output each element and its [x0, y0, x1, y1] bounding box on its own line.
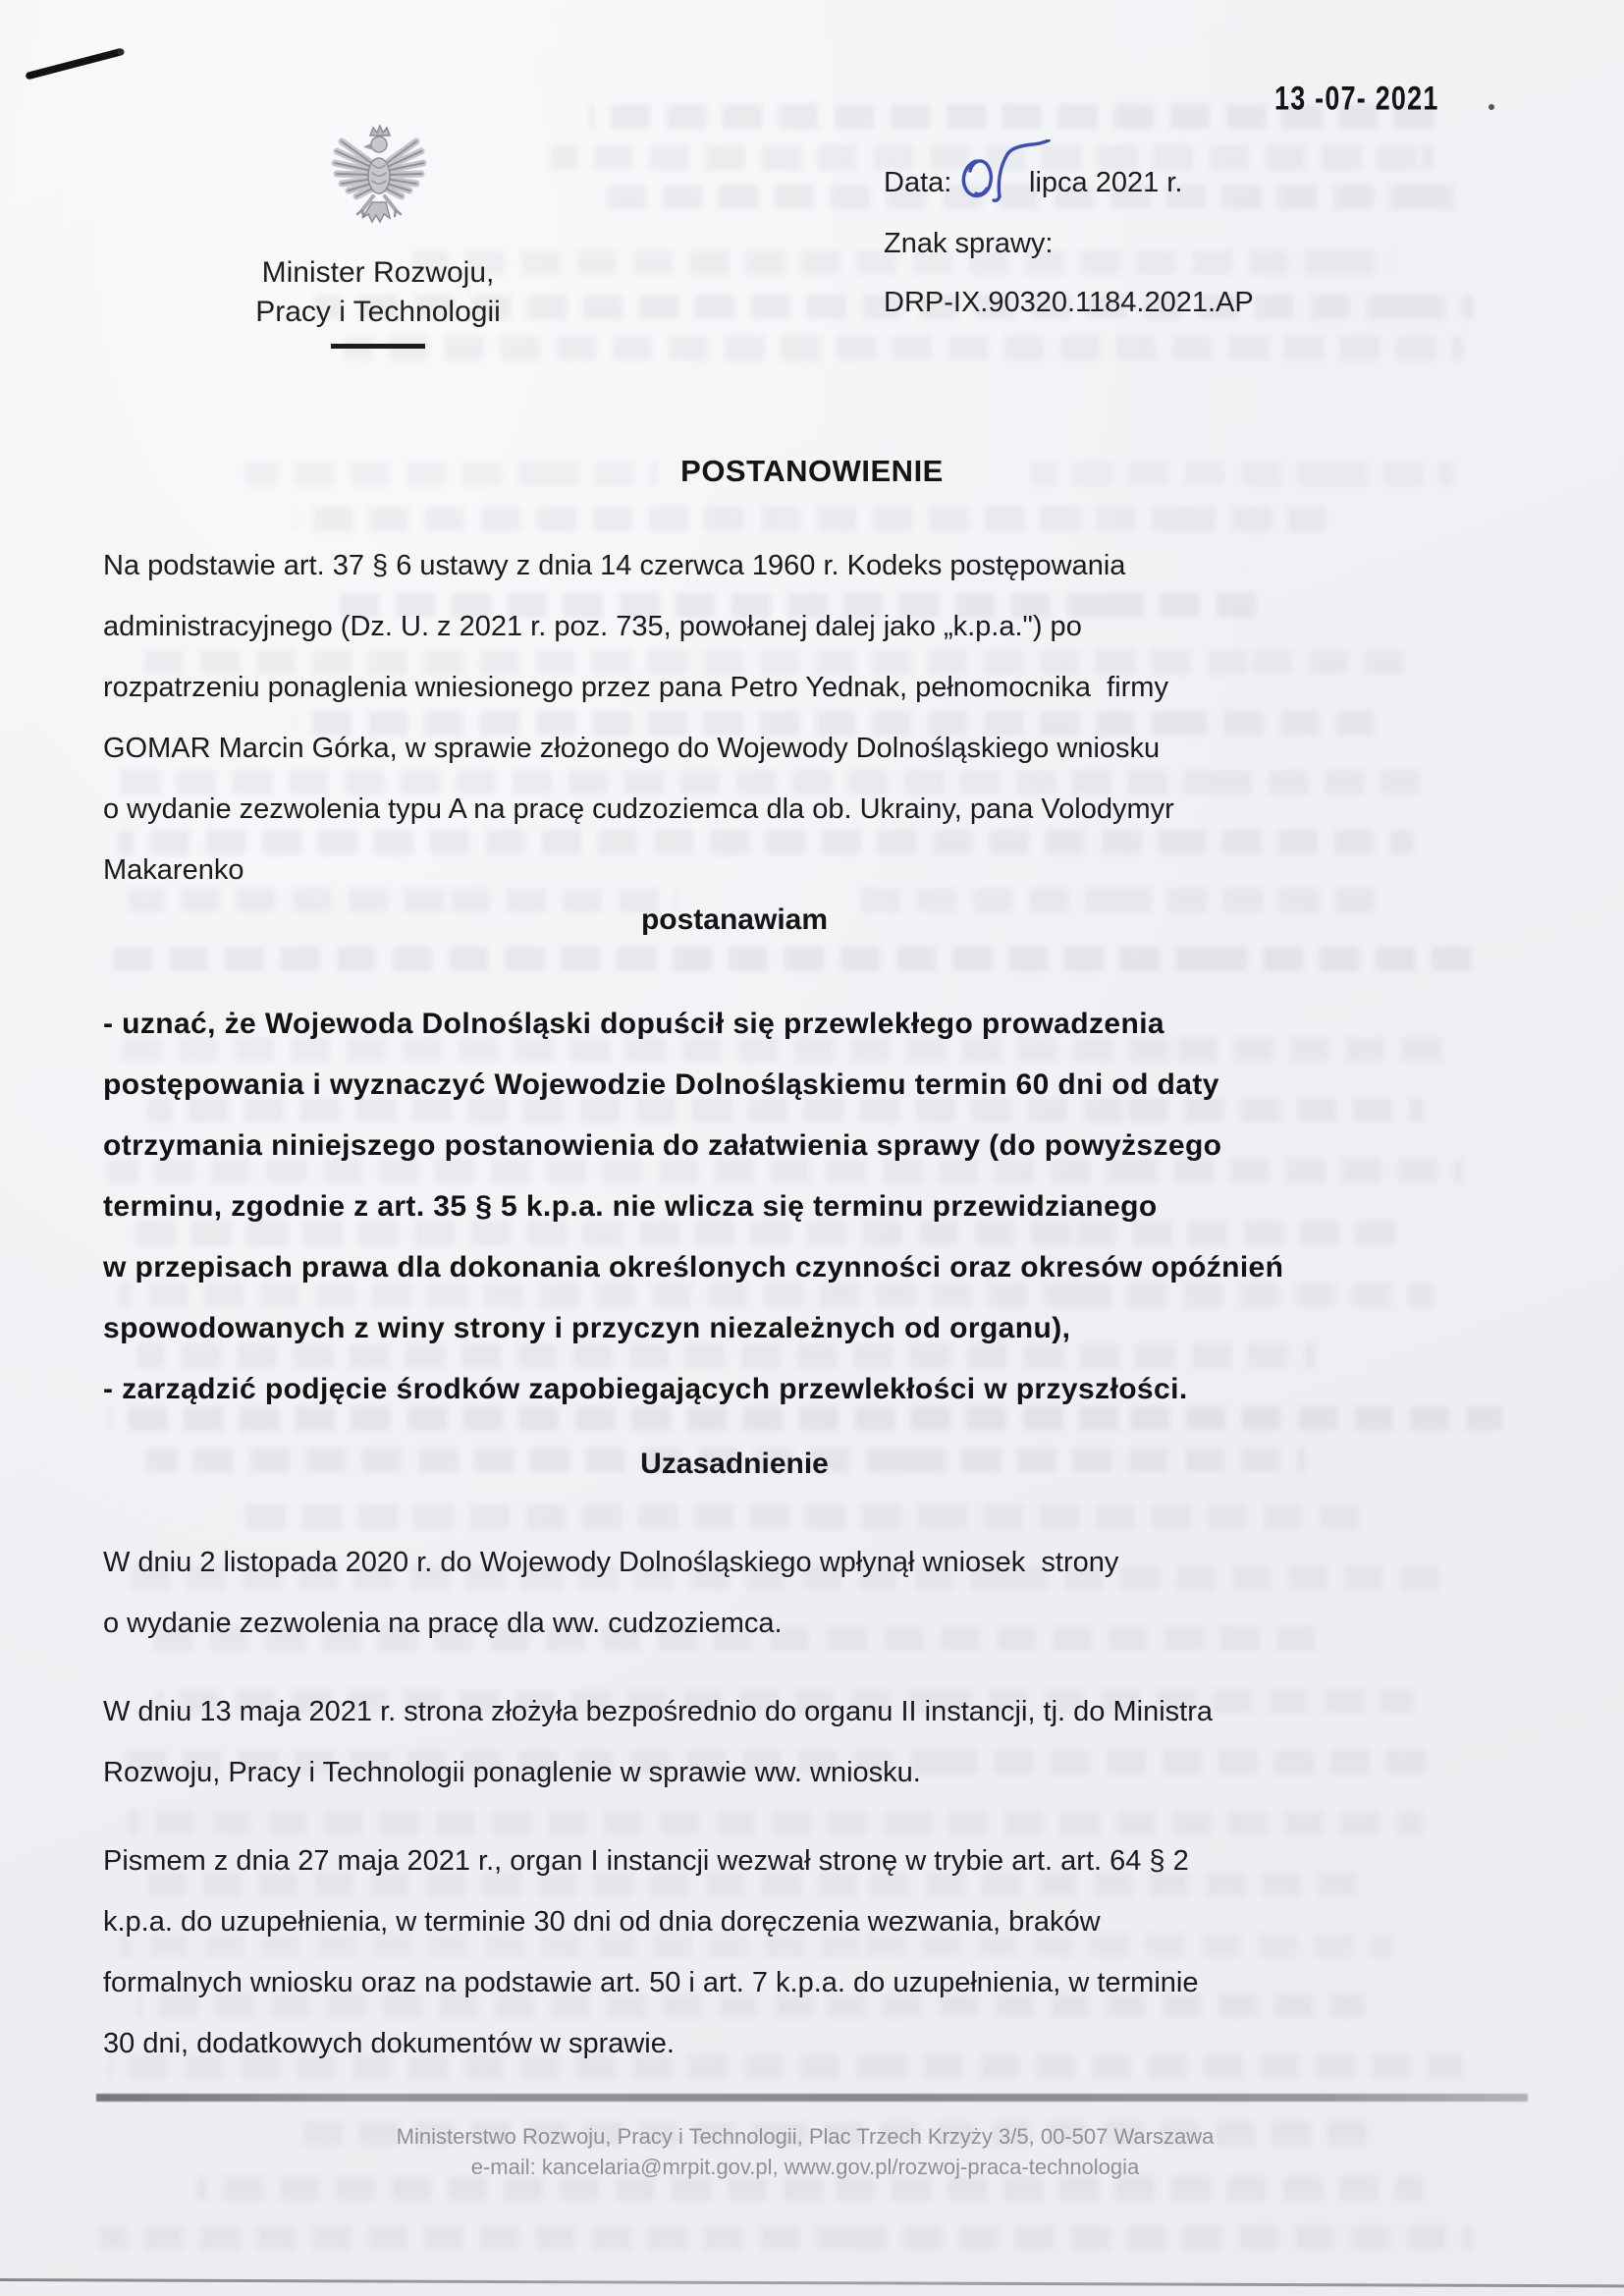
text-line: k.p.a. do uzupełnienia, w terminie 30 dn… — [103, 1891, 1556, 1952]
bleed-through-artifact — [108, 947, 1483, 971]
authority-line-1: Minister Rozwoju, — [172, 253, 584, 293]
text-line: W dniu 13 maja 2021 r. strona złożyła be… — [103, 1681, 1556, 1742]
authority-line-2: Pracy i Technologii — [172, 293, 584, 332]
polish-eagle-emblem — [330, 122, 428, 234]
bleed-through-artifact — [245, 1504, 1375, 1529]
text-line: Na podstawie art. 37 § 6 ustawy z dnia 1… — [103, 535, 1537, 596]
pen-mark — [26, 45, 128, 82]
document-title: POSTANOWIENIE — [103, 454, 1521, 489]
issuing-authority: Minister Rozwoju, Pracy i Technologii — [172, 253, 584, 332]
justification-paragraph-2: W dniu 13 maja 2021 r. strona złożyła be… — [103, 1681, 1556, 1803]
bleed-through-artifact — [344, 336, 1463, 360]
date-label: Data: — [884, 167, 951, 199]
text-line: - zarządzić podjęcie środków zapobiegają… — [103, 1359, 1556, 1420]
justification-paragraph-3: Pismem z dnia 27 maja 2021 r., organ I i… — [103, 1831, 1556, 2074]
text-line: postępowania i wyznaczyć Wojewodzie Doln… — [103, 1055, 1556, 1116]
text-line: o wydanie zezwolenia na pracę dla ww. cu… — [103, 1593, 1556, 1654]
case-number: DRP-IX.90320.1184.2021.AP — [884, 287, 1254, 319]
text-line: 30 dni, dodatkowych dokumentów w sprawie… — [103, 2013, 1556, 2074]
decision-heading: postanawiam — [103, 903, 1366, 937]
footer-block: Ministerstwo Rozwoju, Pracy i Technologi… — [98, 2121, 1512, 2182]
footer-contact: e-mail: kancelaria@mrpit.gov.pl, www.gov… — [98, 2152, 1512, 2182]
justification-heading: Uzasadnienie — [103, 1448, 1366, 1481]
text-line: Makarenko — [103, 840, 1537, 901]
decision-paragraph: - uznać, że Wojewoda Dolnośląski dopuści… — [103, 994, 1556, 1420]
text-line: W dniu 2 listopada 2020 r. do Wojewody D… — [103, 1532, 1556, 1593]
bleed-through-artifact — [98, 2225, 1473, 2250]
text-line: Pismem z dnia 27 maja 2021 r., organ I i… — [103, 1831, 1556, 1891]
date-text: lipca 2021 r. — [1029, 167, 1182, 199]
intro-paragraph: Na podstawie art. 37 § 6 ustawy z dnia 1… — [103, 535, 1537, 901]
stamp-dot — [1489, 104, 1494, 110]
bleed-through-artifact — [295, 507, 1326, 531]
text-line: rozpatrzeniu ponaglenia wniesionego prze… — [103, 657, 1537, 718]
received-date-stamp: 13 -07- 2021 — [1274, 79, 1439, 118]
text-line: w przepisach prawa dla dokonania określo… — [103, 1237, 1556, 1298]
scanned-document-page: 13 -07- 2021 — [0, 0, 1624, 2296]
authority-underline — [331, 344, 425, 349]
text-line: o wydanie zezwolenia typu A na pracę cud… — [103, 779, 1537, 840]
case-number-label: Znak sprawy: — [884, 228, 1053, 260]
text-line: terminu, zgodnie z art. 35 § 5 k.p.a. ni… — [103, 1176, 1556, 1237]
text-line: - uznać, że Wojewoda Dolnośląski dopuści… — [103, 994, 1556, 1055]
text-line: GOMAR Marcin Górka, w sprawie złożonego … — [103, 718, 1537, 779]
justification-paragraph-1: W dniu 2 listopada 2020 r. do Wojewody D… — [103, 1532, 1556, 1654]
footer-address: Ministerstwo Rozwoju, Pracy i Technologi… — [98, 2121, 1512, 2152]
footer-divider — [96, 2094, 1528, 2102]
text-line: Rozwoju, Pracy i Technologii ponaglenie … — [103, 1742, 1556, 1803]
text-line: otrzymania niniejszego postanowienia do … — [103, 1116, 1556, 1176]
text-line: formalnych wniosku oraz na podstawie art… — [103, 1952, 1556, 2013]
text-line: administracyjnego (Dz. U. z 2021 r. poz.… — [103, 596, 1537, 657]
text-line: spowodowanych z winy strony i przyczyn n… — [103, 1298, 1556, 1359]
